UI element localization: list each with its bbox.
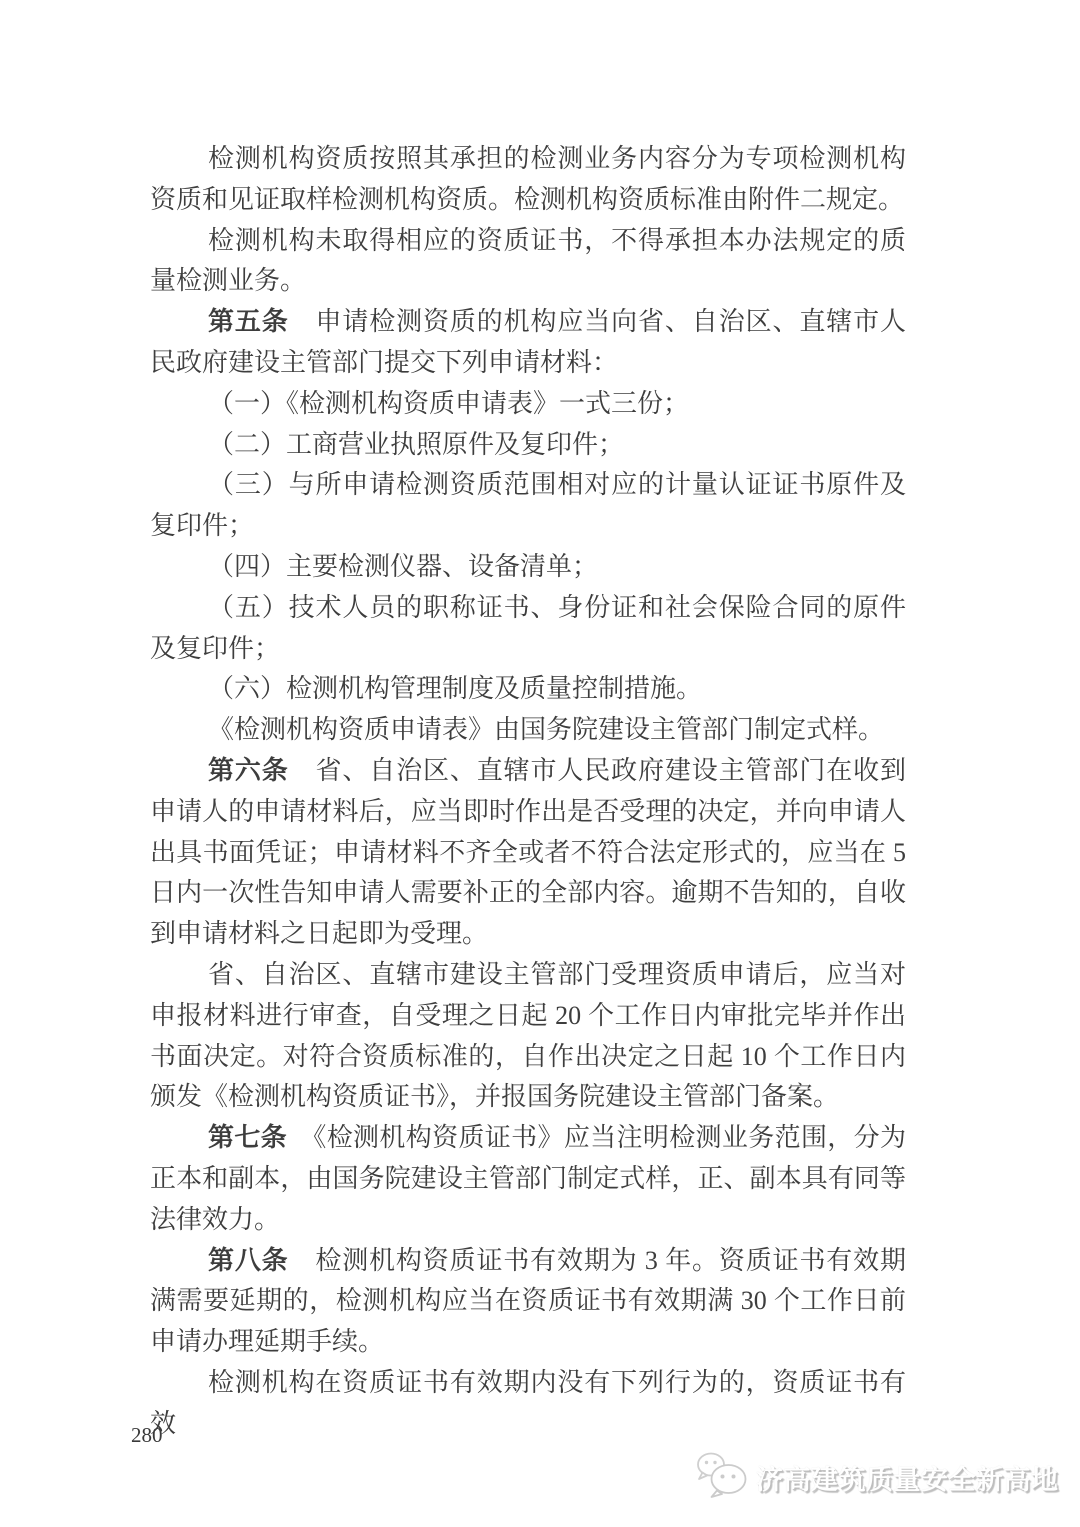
paragraph: （六）检测机构管理制度及质量控制措施。 — [150, 669, 906, 710]
paragraph: 《检测机构资质申请表》由国务院建设主管部门制定式样。 — [150, 710, 906, 751]
paragraph: 第七条 《检测机构资质证书》应当注明检测业务范围，分为正本和副本，由国务院建设主… — [150, 1118, 906, 1240]
paragraph-text: （二）工商营业执照原件及复印件； — [208, 430, 624, 459]
paragraph-text: 省、自治区、直辖市建设主管部门受理资质申请后，应当对申报材料进行审查，自受理之日… — [150, 960, 906, 1111]
paragraph-text: 检测机构在资质证书有效期内没有下列行为的，资质证书有效 — [150, 1368, 906, 1438]
paragraph: （二）工商营业执照原件及复印件； — [150, 425, 906, 466]
article-number: 第五条 — [208, 307, 289, 336]
paragraph-text: 检测机构资质按照其承担的检测业务内容分为专项检测机构资质和见证取样检测机构资质。… — [150, 144, 906, 214]
paragraph: 第六条 省、自治区、直辖市人民政府建设主管部门在收到申请人的申请材料后，应当即时… — [150, 751, 906, 955]
paragraph: 省、自治区、直辖市建设主管部门受理资质申请后，应当对申报材料进行审查，自受理之日… — [150, 955, 906, 1118]
paragraph: 检测机构在资质证书有效期内没有下列行为的，资质证书有效 — [150, 1363, 906, 1445]
paragraph: 第八条 检测机构资质证书有效期为 3 年。资质证书有效期满需要延期的，检测机构应… — [150, 1241, 906, 1363]
article-number: 第八条 — [208, 1246, 289, 1275]
wechat-icon — [696, 1451, 748, 1504]
document-body-text: 检测机构资质按照其承担的检测业务内容分为专项检测机构资质和见证取样检测机构资质。… — [150, 139, 906, 1445]
paragraph-text: （六）检测机构管理制度及质量控制措施。 — [208, 674, 702, 703]
paragraph-text: （一）《检测机构资质申请表》一式三份； — [208, 389, 689, 418]
watermark-text: 济高建筑质量安全新高地 — [756, 1458, 1059, 1497]
article-number: 第六条 — [208, 756, 289, 785]
paragraph: 第五条 申请检测资质的机构应当向省、自治区、直辖市人民政府建设主管部门提交下列申… — [150, 302, 906, 384]
paragraph: （一）《检测机构资质申请表》一式三份； — [150, 384, 906, 425]
paragraph-text: （五）技术人员的职称证书、身份证和社会保险合同的原件及复印件； — [150, 593, 906, 663]
paragraph-text: （三）与所申请检测资质范围相对应的计量认证证书原件及复印件； — [150, 470, 906, 540]
paragraph: （四）主要检测仪器、设备清单； — [150, 547, 906, 588]
paragraph-text: 检测机构未取得相应的资质证书，不得承担本办法规定的质量检测业务。 — [150, 226, 906, 296]
document-page: 检测机构资质按照其承担的检测业务内容分为专项检测机构资质和见证取样检测机构资质。… — [0, 0, 1080, 1527]
watermark: 济高建筑质量安全新高地 — [696, 1451, 1059, 1504]
paragraph-text: 《检测机构资质申请表》由国务院建设主管部门制定式样。 — [208, 715, 884, 744]
paragraph: 检测机构资质按照其承担的检测业务内容分为专项检测机构资质和见证取样检测机构资质。… — [150, 139, 906, 221]
paragraph: 检测机构未取得相应的资质证书，不得承担本办法规定的质量检测业务。 — [150, 221, 906, 303]
page-number: 280 — [131, 1423, 163, 1448]
paragraph: （三）与所申请检测资质范围相对应的计量认证证书原件及复印件； — [150, 465, 906, 547]
article-number: 第七条 — [208, 1123, 287, 1152]
paragraph-text: （四）主要检测仪器、设备清单； — [208, 552, 598, 581]
paragraph: （五）技术人员的职称证书、身份证和社会保险合同的原件及复印件； — [150, 588, 906, 670]
